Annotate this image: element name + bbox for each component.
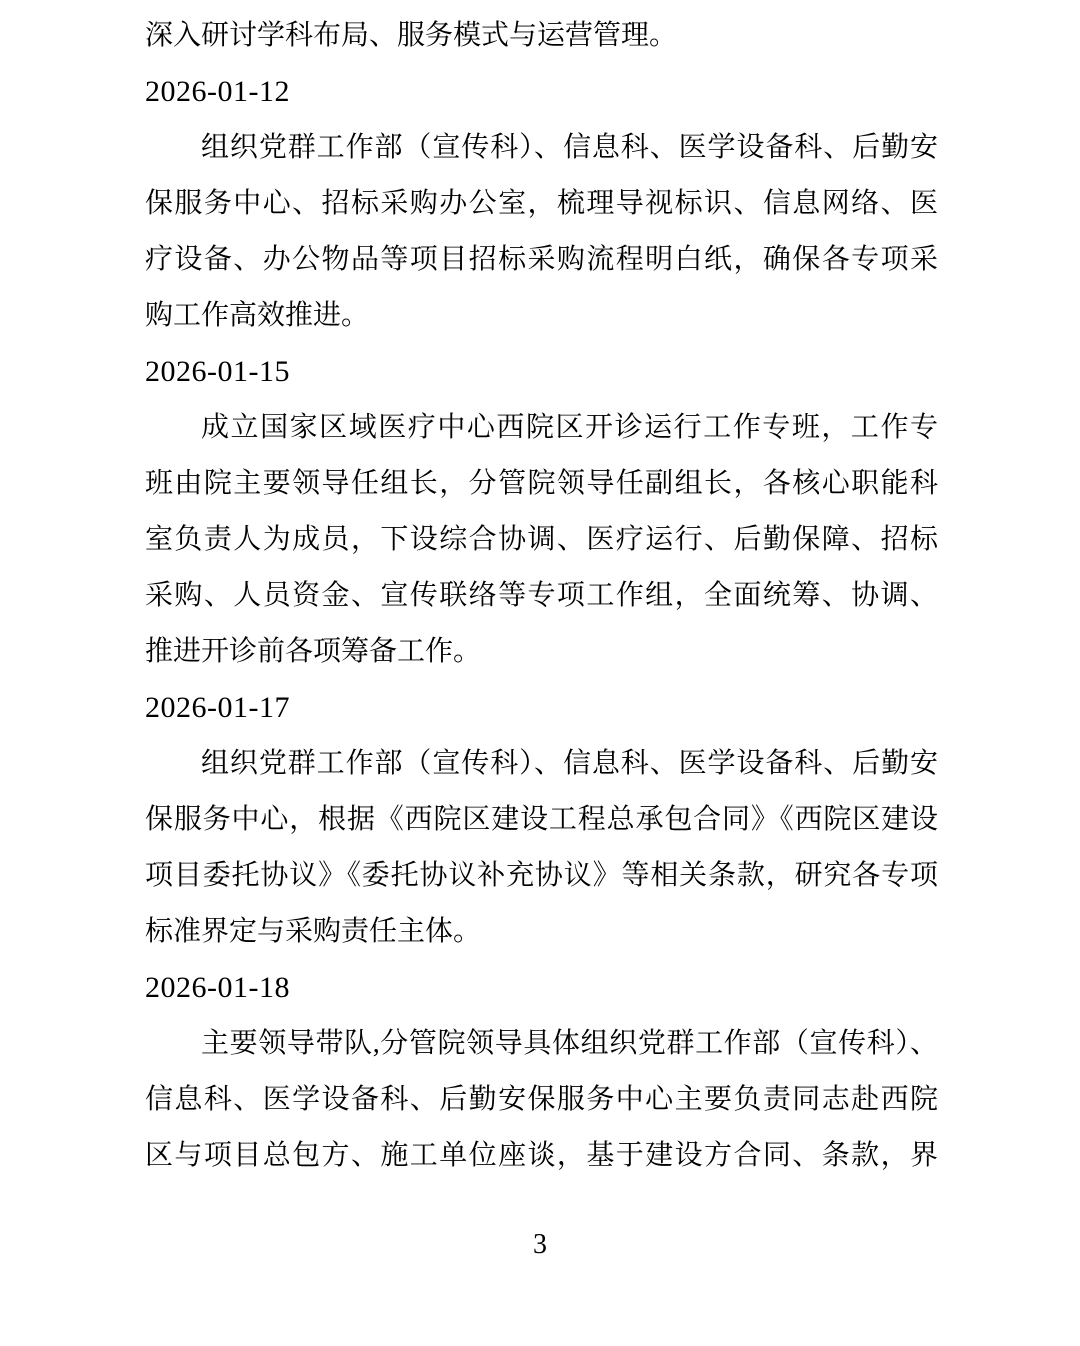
text-line: 区与项目总包方、施工单位座谈，基于建设方合同、条款，界 xyxy=(145,1128,938,1184)
text-line: 主要领导带队,分管院领导具体组织党群工作部（宣传科）、 xyxy=(145,1016,938,1072)
paragraph: 组织党群工作部（宣传科）、信息科、医学设备科、后勤安保服务中心、招标采购办公室，… xyxy=(145,120,938,344)
date-heading: 2026-01-18 xyxy=(145,960,938,1016)
paragraph: 成立国家区域医疗中心西院区开诊运行工作专班，工作专班由院主要领导任组长，分管院领… xyxy=(145,400,938,680)
date-heading: 2026-01-12 xyxy=(145,64,938,120)
date-heading: 2026-01-17 xyxy=(145,680,938,736)
text-line: 深入研讨学科布局、服务模式与运营管理。 xyxy=(145,8,938,64)
text-line: 组织党群工作部（宣传科）、信息科、医学设备科、后勤安 xyxy=(145,120,938,176)
text-line: 班由院主要领导任组长，分管院领导任副组长，各核心职能科 xyxy=(145,456,938,512)
paragraph: 深入研讨学科布局、服务模式与运营管理。 xyxy=(145,8,938,64)
page-number: 3 xyxy=(0,1230,1080,1261)
text-line: 标准界定与采购责任主体。 xyxy=(145,904,938,960)
paragraph: 主要领导带队,分管院领导具体组织党群工作部（宣传科）、信息科、医学设备科、后勤安… xyxy=(145,1016,938,1184)
paragraph: 组织党群工作部（宣传科）、信息科、医学设备科、后勤安保服务中心，根据《西院区建设… xyxy=(145,736,938,960)
document-page: 深入研讨学科布局、服务模式与运营管理。2026-01-12组织党群工作部（宣传科… xyxy=(0,0,1080,1346)
date-heading: 2026-01-15 xyxy=(145,344,938,400)
text-line: 购工作高效推进。 xyxy=(145,288,938,344)
text-line: 信息科、医学设备科、后勤安保服务中心主要负责同志赴西院 xyxy=(145,1072,938,1128)
text-line: 室负责人为成员，下设综合协调、医疗运行、后勤保障、招标 xyxy=(145,512,938,568)
text-line: 组织党群工作部（宣传科）、信息科、医学设备科、后勤安 xyxy=(145,736,938,792)
document-content: 深入研讨学科布局、服务模式与运营管理。2026-01-12组织党群工作部（宣传科… xyxy=(145,8,938,1184)
text-line: 推进开诊前各项筹备工作。 xyxy=(145,624,938,680)
text-line: 项目委托协议》《委托协议补充协议》等相关条款，研究各专项 xyxy=(145,848,938,904)
text-line: 保服务中心、招标采购办公室，梳理导视标识、信息网络、医 xyxy=(145,176,938,232)
text-line: 采购、人员资金、宣传联络等专项工作组，全面统筹、协调、 xyxy=(145,568,938,624)
text-line: 疗设备、办公物品等项目招标采购流程明白纸，确保各专项采 xyxy=(145,232,938,288)
text-line: 保服务中心，根据《西院区建设工程总承包合同》《西院区建设 xyxy=(145,792,938,848)
text-line: 成立国家区域医疗中心西院区开诊运行工作专班，工作专 xyxy=(145,400,938,456)
